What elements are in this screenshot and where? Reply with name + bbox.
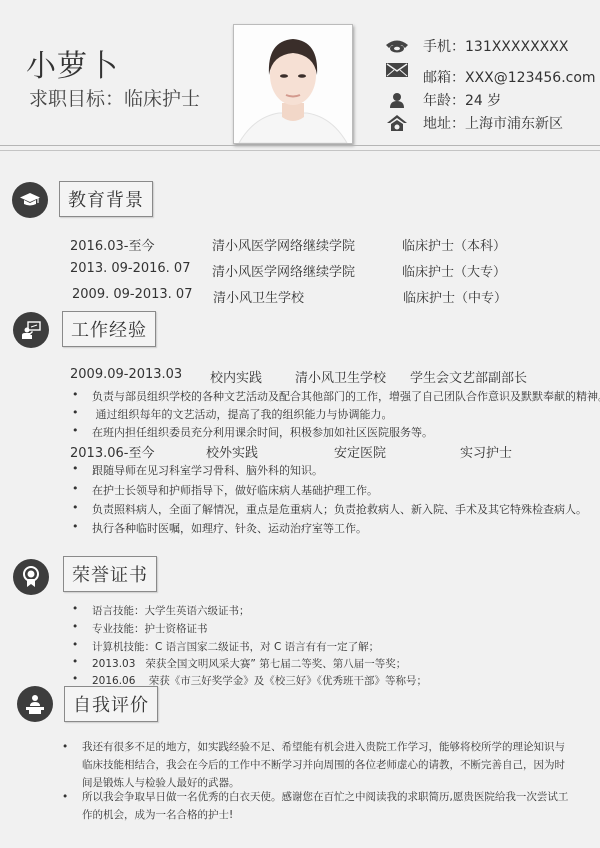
speaker-icon (17, 686, 53, 722)
education-row: 2009. 09-2013. 07 清小风卫生学校 临床护士（中专） (70, 287, 590, 305)
work-role: 学生会文艺部副部长 (410, 367, 527, 386)
contact-phone: 手机：131XXXXXXXX (385, 35, 568, 57)
phone-icon (385, 37, 409, 55)
edu-period: 2013. 09-2016. 07 (70, 261, 190, 276)
portrait-image (234, 25, 352, 143)
contact-address-text: 地址：上海市浦东新区 (423, 113, 563, 133)
job-target: 求职目标：临床护士 (29, 90, 200, 109)
self-eval-paragraph: • 我还有很多不足的地方，如实践经验不足、希望能有机会进入贵院工作学习，能够将校… (62, 738, 572, 794)
edu-period: 2016.03-至今 (70, 235, 154, 254)
mail-icon (385, 61, 409, 79)
header-divider-bottom (0, 150, 600, 151)
header-divider-top (0, 145, 600, 146)
work-period: 2009.09-2013.03 (70, 367, 182, 382)
work-org: 安定医院 (334, 442, 386, 461)
graduation-cap-icon (12, 182, 48, 218)
contact-email-text: 邮箱：XXX@123456.com (423, 67, 596, 87)
work-entry-header: 2009.09-2013.03 校内实践 清小风卫生学校 学生会文艺部副部长 (70, 367, 590, 385)
edu-school: 清小风医学网络继续学院 (212, 261, 355, 280)
contact-email: 邮箱：XXX@123456.com (385, 66, 596, 88)
work-type: 校内实践 (210, 367, 262, 386)
presenter-icon (13, 312, 49, 348)
section-title-self-eval: 自我评价 (64, 686, 158, 722)
section-title-honors: 荣誉证书 (63, 556, 157, 592)
section-title-education: 教育背景 (59, 181, 153, 217)
contact-age-text: 年龄：24 岁 (423, 90, 501, 110)
education-row: 2016.03-至今 清小风医学网络继续学院 临床护士（本科） (70, 235, 590, 253)
person-icon (385, 91, 409, 109)
edu-school: 清小风卫生学校 (213, 287, 304, 306)
work-type: 校外实践 (206, 442, 258, 461)
home-icon (385, 114, 409, 132)
edu-major: 临床护士（本科） (402, 235, 506, 254)
work-role: 实习护士 (460, 442, 512, 461)
contact-age: 年龄：24 岁 (385, 89, 501, 111)
profile-photo (233, 24, 353, 144)
edu-school: 清小风医学网络继续学院 (212, 235, 355, 254)
contact-address: 地址：上海市浦东新区 (385, 112, 563, 134)
work-org: 清小风卫生学校 (295, 367, 386, 386)
candidate-name: 小萝卜 (26, 52, 119, 82)
award-icon (13, 559, 49, 595)
self-eval-paragraph: • 所以我会争取早日做一名优秀的白衣天使。感谢您在百忙之中阅读我的求职简历,愿贵… (62, 788, 572, 826)
work-period: 2013.06-至今 (70, 442, 154, 461)
edu-major: 临床护士（中专） (403, 287, 507, 306)
edu-major: 临床护士（大专） (402, 261, 506, 280)
contact-phone-text: 手机：131XXXXXXXX (423, 36, 568, 56)
edu-period: 2009. 09-2013. 07 (72, 287, 192, 302)
section-title-work: 工作经验 (62, 311, 156, 347)
work-entry-header: 2013.06-至今 校外实践 安定医院 实习护士 (70, 442, 590, 460)
education-row: 2013. 09-2016. 07 清小风医学网络继续学院 临床护士（大专） (70, 261, 590, 279)
